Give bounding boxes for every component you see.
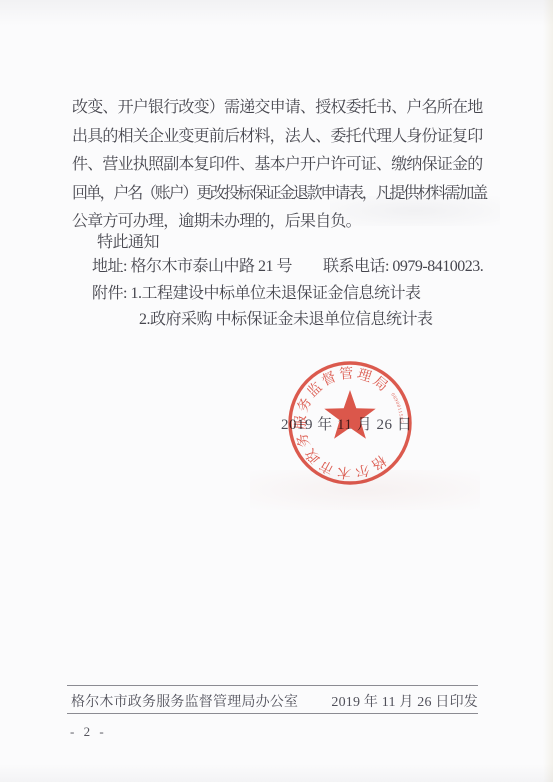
body-text-line: 件、营业执照副本复印件、基本户开户许可证、缴纳保证金的 xyxy=(72,151,492,180)
star-icon xyxy=(324,390,375,439)
scan-shadow-top xyxy=(0,0,553,26)
attachment-line-1: 附件: 1.工程建设中标单位未退保证金信息统计表 xyxy=(92,284,420,304)
imprint-row: 格尔木市政务服务监督管理局办公室 2019 年 11 月 26 日印发 xyxy=(67,691,478,711)
seal-code-digits: 0890011585 xyxy=(389,393,403,424)
imprint-rule-top xyxy=(67,685,478,686)
print-date: 2019 年 11 月 26 日印发 xyxy=(331,691,478,711)
body-paragraph: 改变、开户银行改变）需递交申请、授权委托书、户名所在地 出具的相关企业变更前后材… xyxy=(72,94,492,237)
address-contact-line: 地址: 格尔木市泰山中路 21 号 联系电话: 0979-8410023. xyxy=(92,257,483,277)
page-number: - 2 - xyxy=(70,724,107,740)
official-seal: 格尔木市政务服务监督管理局 0890011585 xyxy=(279,351,424,496)
scanned-document-page: 改变、开户银行改变）需递交申请、授权委托书、户名所在地 出具的相关企业变更前后材… xyxy=(0,0,553,782)
imprint-rule-bottom xyxy=(67,713,478,714)
body-text-line: 回单，户名（账户）更改投标保证金退款申请表，凡提供材料需加盖 xyxy=(72,180,492,209)
seal-code-holder: 0890011585 xyxy=(389,393,403,424)
scan-shadow-right xyxy=(543,0,553,782)
notice-closing-line: 特此通知 xyxy=(97,233,159,253)
scan-shadow-bottom xyxy=(0,764,553,782)
issuing-office: 格尔木市政务服务监督管理局办公室 xyxy=(67,691,298,711)
body-text-line: 改变、开户银行改变）需递交申请、授权委托书、户名所在地 xyxy=(72,94,492,123)
attachment-line-2: 2.政府采购 中标保证金未退单位信息统计表 xyxy=(139,310,433,330)
body-text-line: 出具的相关企业变更前后材料，法人、委托代理人身份证复印 xyxy=(72,123,492,152)
